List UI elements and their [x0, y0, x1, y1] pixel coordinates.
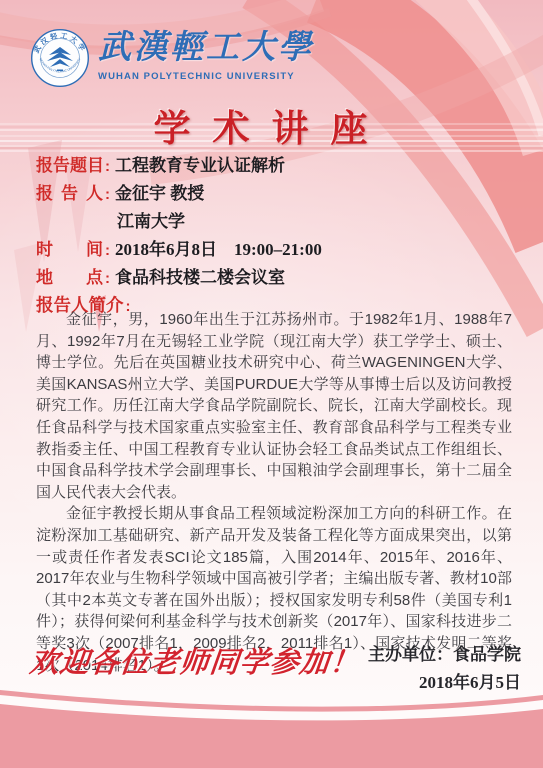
lecture-title-banner: 学术讲座 [0, 98, 543, 152]
info-row-topic: 报告题目:工程教育专业认证解析 [36, 152, 515, 180]
organizer-label: 主办单位： [368, 645, 453, 664]
speaker-biography: 金征宇，男，1960年出生于江苏扬州市。于1982年1月、1988年7月、199… [36, 309, 512, 676]
colon: : [105, 158, 110, 175]
lecture-title: 学术讲座 [0, 98, 543, 152]
speaker-affiliation: 江南大学 [117, 212, 185, 231]
colon: : [105, 270, 110, 287]
organizer-name: 食品学院 [453, 645, 521, 664]
university-name-en: WUHAN POLYTECHNIC UNIVERSITY [98, 71, 314, 82]
welcome-message: 欢迎各位老师同学参加！ [28, 640, 362, 681]
speaker-label: 报告人 [36, 180, 103, 207]
university-name-zh: 武漢輕工大學 [98, 28, 314, 68]
location-label: 地点 [36, 264, 103, 291]
university-seal-icon: 武汉轻工大学 WUHAN POLYTECHNIC UNIVERSITY [30, 28, 90, 88]
bio-paragraph-1: 金征宇，男，1960年出生于江苏扬州市。于1982年1月、1988年7月、199… [36, 309, 512, 503]
bottom-wave-band [0, 704, 543, 768]
colon: : [105, 242, 110, 259]
colon: : [105, 186, 110, 203]
university-seal: 武汉轻工大学 WUHAN POLYTECHNIC UNIVERSITY [30, 28, 90, 88]
poster-date: 2018年6月5日 [368, 672, 521, 694]
lecture-poster: 武汉轻工大学 WUHAN POLYTECHNIC UNIVERSITY 武漢輕工… [0, 0, 543, 768]
topic-value: 工程教育专业认证解析 [115, 156, 285, 175]
location-value: 食品科技楼二楼会议室 [115, 268, 285, 287]
university-header: 武汉轻工大学 WUHAN POLYTECHNIC UNIVERSITY 武漢輕工… [30, 28, 314, 88]
time-value: 2018年6月8日 19:00–21:00 [115, 240, 322, 259]
info-row-location: 地点:食品科技楼二楼会议室 [36, 264, 515, 292]
organizer-line: 主办单位：食品学院 [368, 644, 521, 666]
organizer-block: 主办单位：食品学院 2018年6月5日 [368, 644, 521, 694]
info-row-speaker: 报告人:金征宇 教授 [36, 180, 515, 208]
info-row-speaker-affiliation: 江南大学 [117, 208, 515, 236]
topic-label: 报告题目 [36, 152, 103, 179]
time-label: 时间 [36, 236, 103, 263]
lecture-info: 报告题目:工程教育专业认证解析 报告人:金征宇 教授 江南大学 时间:2018年… [36, 152, 515, 320]
info-row-time: 时间:2018年6月8日 19:00–21:00 [36, 236, 515, 264]
speaker-value: 金征宇 教授 [115, 184, 204, 203]
